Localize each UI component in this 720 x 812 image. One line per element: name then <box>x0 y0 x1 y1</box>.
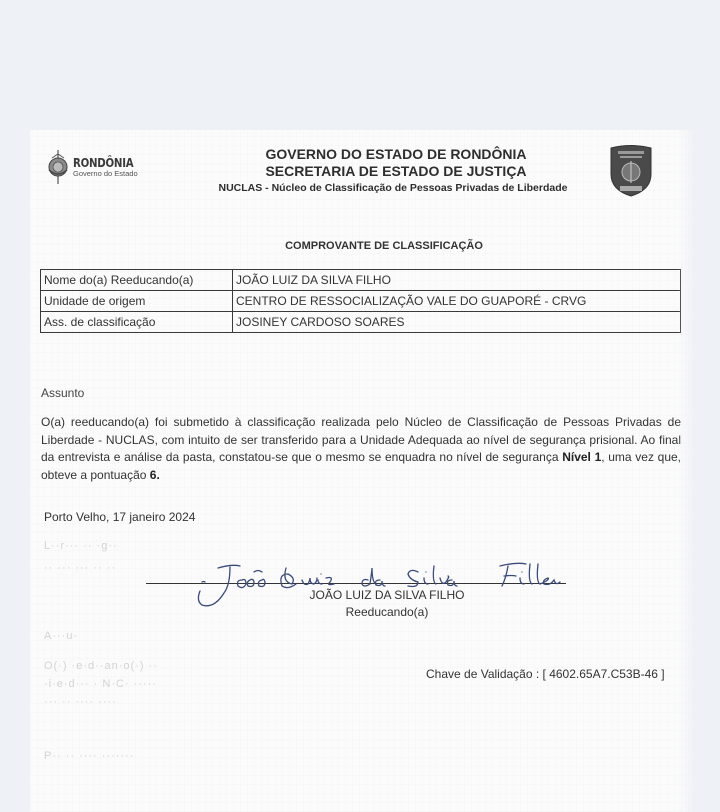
row-label: Nome do(a) Reeducando(a) <box>41 270 233 291</box>
row-value: JOSINEY CARDOSO SOARES <box>233 312 681 333</box>
sejus-badge-icon <box>608 144 654 198</box>
row-label: Unidade de origem <box>41 291 233 312</box>
show-through-text: A···u· <box>44 630 78 642</box>
document-title: COMPROVANTE DE CLASSIFICAÇÃO <box>30 240 692 252</box>
document-page: RONDÔNIA Governo do Estado GOVERNO DO ES… <box>30 130 692 812</box>
table-row: Unidade de origem CENTRO DE RESSOCIALIZA… <box>41 291 681 312</box>
show-through-text: ·· ··· ··· ·· ·· <box>44 562 116 574</box>
subject-label: Assunto <box>41 386 84 400</box>
validation-key: Chave de Validação : [ 4602.65A7.C53B-46… <box>426 667 665 681</box>
show-through-text: P·· ·· ···· ······· <box>44 750 134 762</box>
show-through-text: ·i·e·d··· · N·C· ····· <box>44 678 157 690</box>
signer-role: Reeducando(a) <box>30 605 692 619</box>
header-secretariat: SECRETARIA DE ESTADO DE JUSTIÇA <box>30 163 692 180</box>
show-through-text: ··· ·· ···· ···· <box>44 696 117 708</box>
info-table: Nome do(a) Reeducando(a) JOÃO LUIZ DA SI… <box>40 269 681 333</box>
security-level: Nível 1 <box>562 450 601 464</box>
row-value: JOÃO LUIZ DA SILVA FILHO <box>233 270 681 291</box>
table-row: Ass. de classificação JOSINEY CARDOSO SO… <box>41 312 681 333</box>
header-department: NUCLAS - Núcleo de Classificação de Pess… <box>30 182 692 194</box>
header-government: GOVERNO DO ESTADO DE RONDÔNIA <box>30 146 692 163</box>
show-through-text: L··r··· ·· ·g·· <box>44 540 118 552</box>
row-value: CENTRO DE RESSOCIALIZAÇÃO VALE DO GUAPOR… <box>233 291 681 312</box>
signer-name: JOÃO LUIZ DA SILVA FILHO <box>30 588 692 602</box>
score: 6. <box>150 468 160 482</box>
place-date: Porto Velho, 17 janeiro 2024 <box>44 510 195 524</box>
row-label: Ass. de classificação <box>41 312 233 333</box>
body-paragraph: O(a) reeducando(a) foi submetido à class… <box>41 414 681 484</box>
table-row: Nome do(a) Reeducando(a) JOÃO LUIZ DA SI… <box>41 270 681 291</box>
document-header: GOVERNO DO ESTADO DE RONDÔNIA SECRETARIA… <box>30 146 692 194</box>
show-through-text: O(·) ·e·d··an·o(·) ·· <box>44 660 158 672</box>
